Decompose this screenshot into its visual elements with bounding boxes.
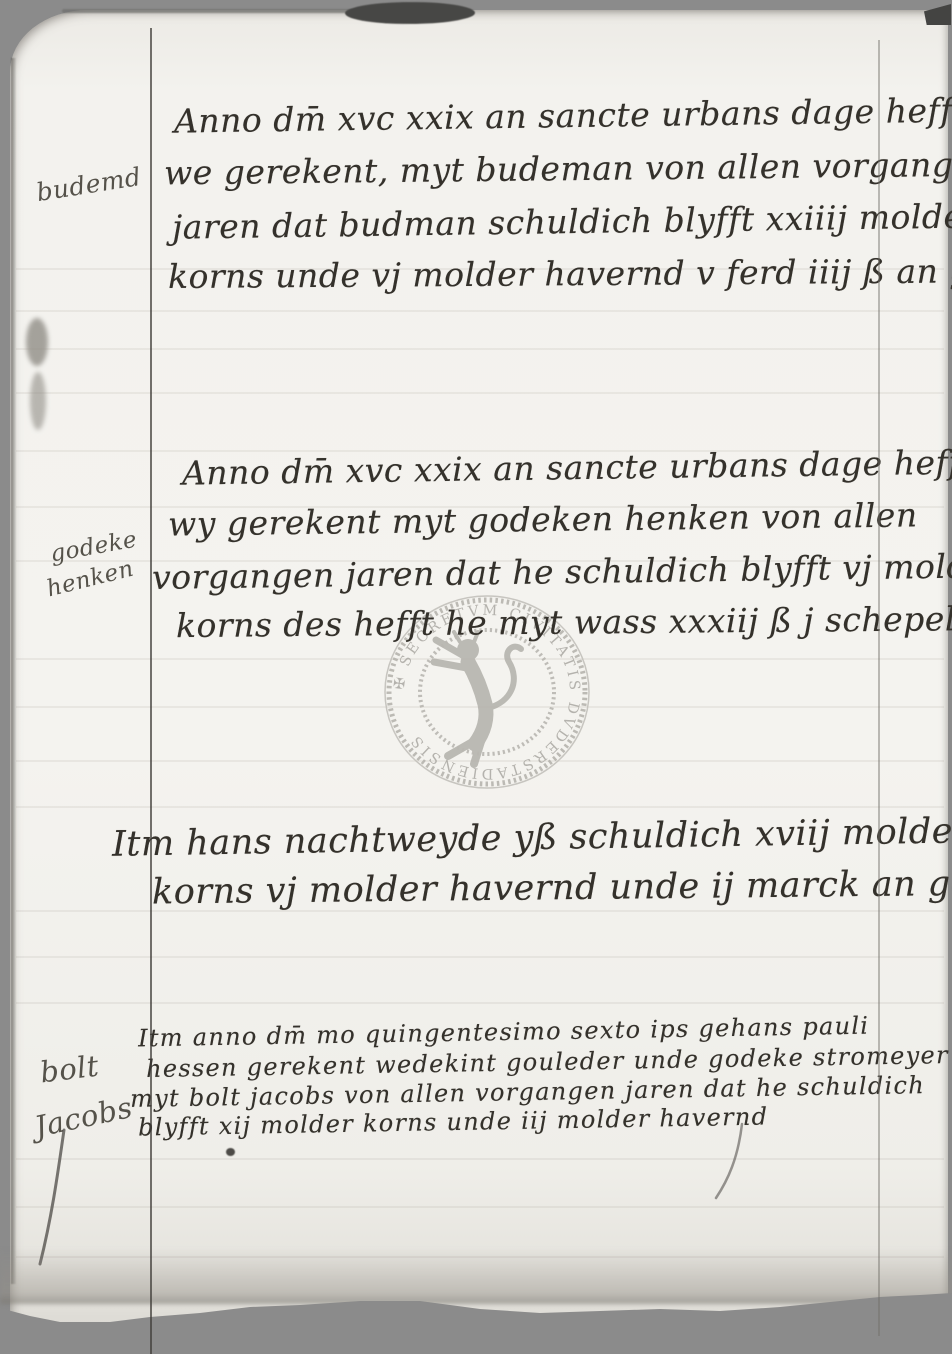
- left-edge-stain: [26, 318, 48, 366]
- paper-ruling-band: [16, 310, 944, 312]
- entry-3-line-2: korns vj molder havernd unde ij marck an…: [152, 864, 952, 913]
- paper-ruling-band: [16, 956, 944, 958]
- paper-ruling-band: [16, 348, 944, 350]
- entry-2-line-4: korns des hefft he myt wass xxxiij ß j s…: [176, 598, 952, 645]
- entry-1-line-2: we gerekent, myt budeman von allen vorga…: [164, 145, 952, 193]
- top-right-corner-mark: [924, 4, 951, 25]
- margin-note-bolt: bolt: [38, 1049, 101, 1090]
- left-margin-rule-line: [150, 28, 152, 1354]
- bottom-edge-shadow: [0, 1248, 952, 1304]
- lion-rampant-icon: [434, 632, 521, 764]
- manuscript-scan-page: ✠ SECRETVM CIVITATIS DVDERSTADIENSIS Ann…: [0, 0, 952, 1354]
- entry-1-line-4: korns unde vj molder havernd v ferd iiij…: [168, 251, 952, 296]
- right-margin-rule-line: [878, 40, 880, 1336]
- left-edge-stain: [30, 372, 46, 430]
- paper-ruling-band: [16, 392, 944, 394]
- paper-ruling-band: [16, 1158, 944, 1160]
- paper-ruling-band: [16, 1002, 944, 1004]
- top-edge-dark-tail: [62, 9, 362, 13]
- paper-ruling-band: [16, 806, 944, 808]
- paper-ruling-band: [16, 1206, 944, 1208]
- left-binding-crease: [11, 58, 16, 1284]
- stray-ink-dot: [226, 1148, 235, 1156]
